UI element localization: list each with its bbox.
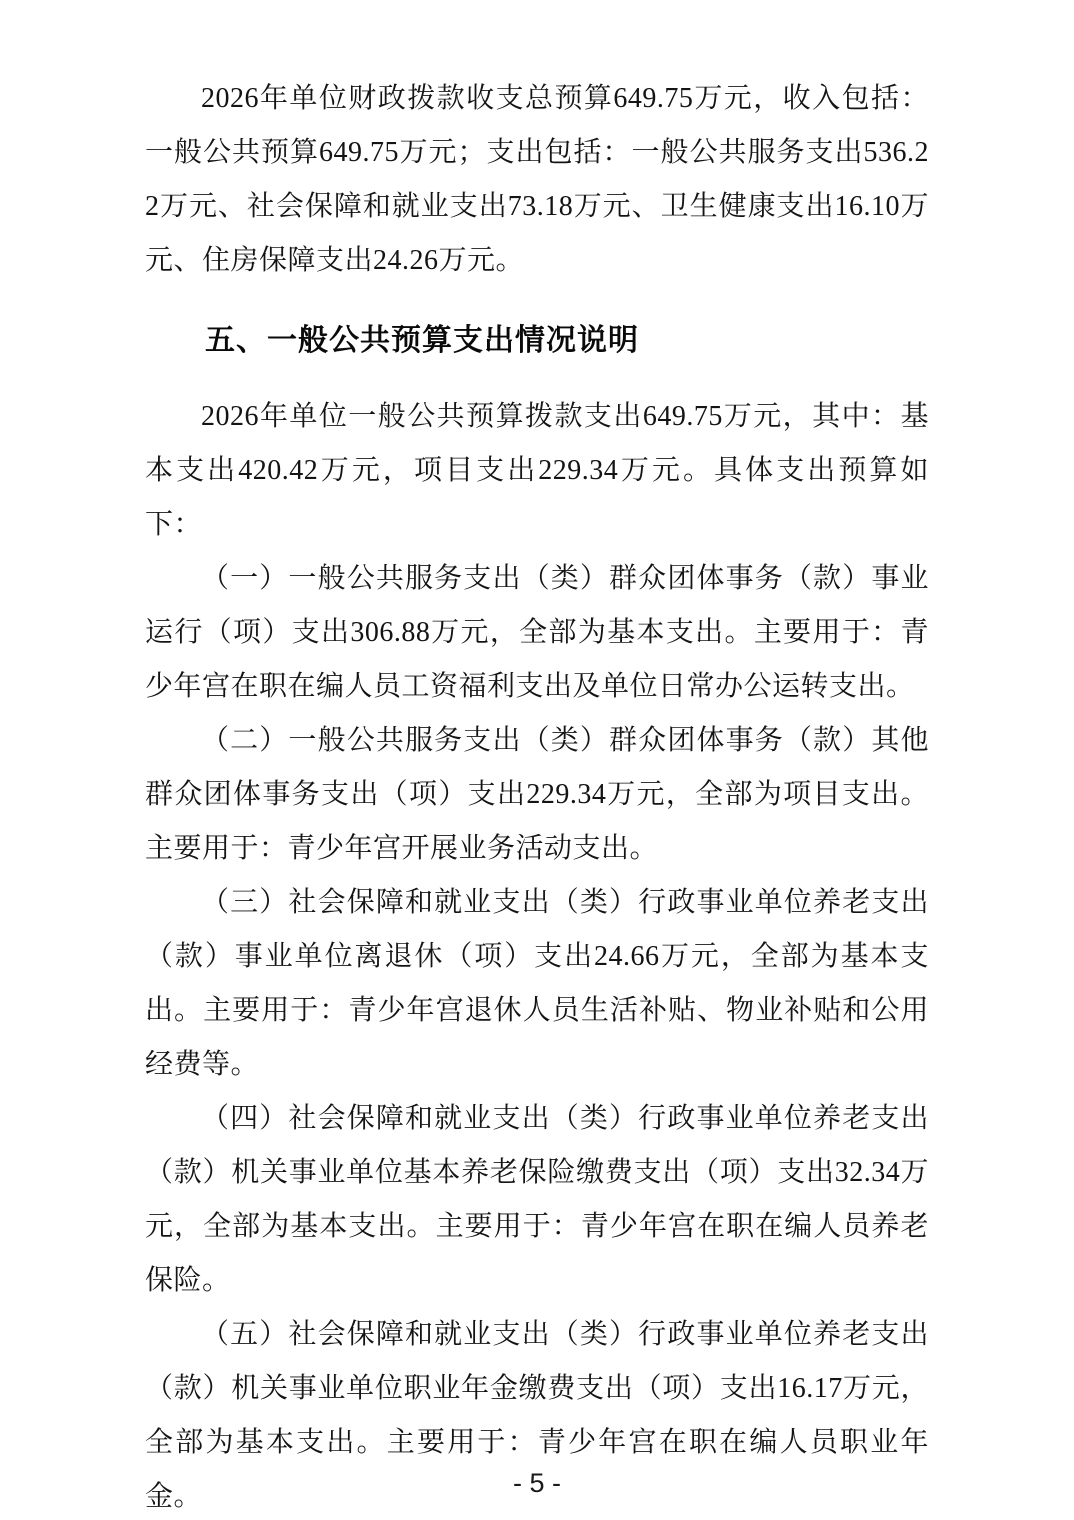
item-paragraph-2: （二）一般公共服务支出（类）群众团体事务（款）其他群众团体事务支出（项）支出22… (145, 714, 929, 876)
intro-paragraph: 2026年单位财政拨款收支总预算649.75万元，收入包括：一般公共预算649.… (145, 72, 929, 288)
document-body: 2026年单位财政拨款收支总预算649.75万元，收入包括：一般公共预算649.… (145, 72, 929, 1520)
item-paragraph-1: （一）一般公共服务支出（类）群众团体事务（款）事业运行（项）支出306.88万元… (145, 552, 929, 714)
section-summary-paragraph: 2026年单位一般公共预算拨款支出649.75万元，其中：基本支出420.42万… (145, 390, 929, 552)
section-heading: 五、一般公共预算支出情况说明 (145, 314, 929, 368)
page-number: - 5 - (0, 1468, 1074, 1499)
document-page: 2026年单位财政拨款收支总预算649.75万元，收入包括：一般公共预算649.… (0, 0, 1074, 1520)
item-paragraph-3: （三）社会保障和就业支出（类）行政事业单位养老支出（款）事业单位离退休（项）支出… (145, 876, 929, 1092)
item-paragraph-4: （四）社会保障和就业支出（类）行政事业单位养老支出（款）机关事业单位基本养老保险… (145, 1092, 929, 1308)
